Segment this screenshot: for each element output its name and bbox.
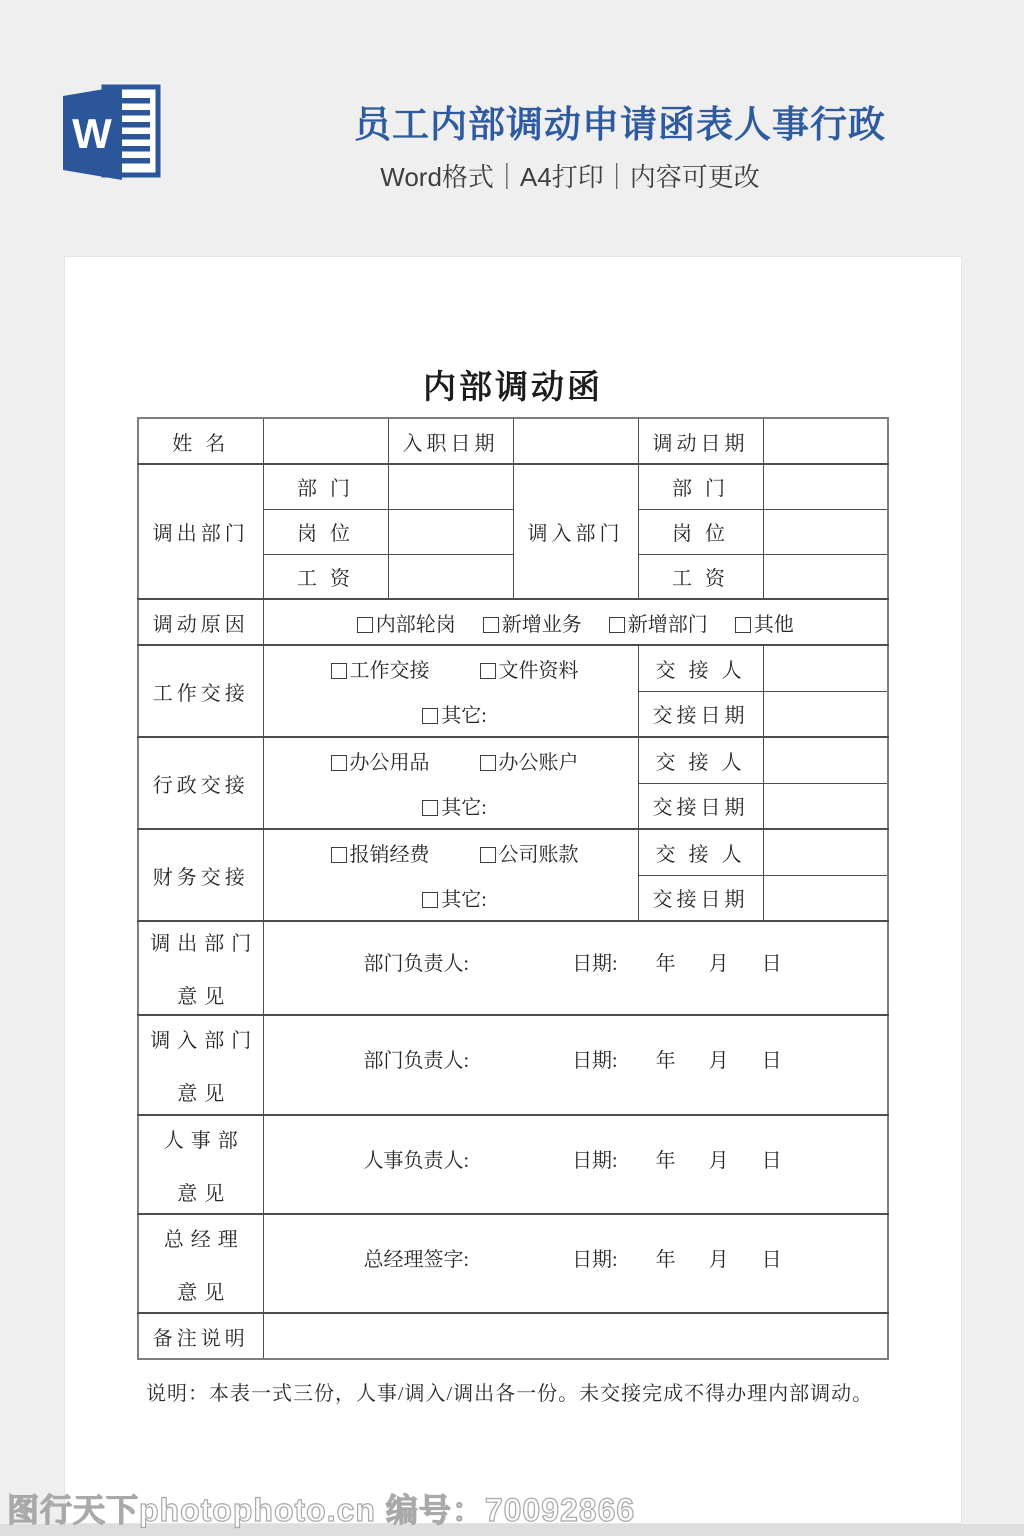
out-dept-input-cell[interactable] (388, 464, 513, 509)
handover-option[interactable]: 公司账款 (480, 844, 579, 866)
in-dept-label: 调入部门 (513, 464, 638, 599)
signer-label: 部门负责人: (364, 1044, 470, 1073)
name-label: 姓 名 (138, 418, 263, 464)
work-handover-options-cell: 工作交接文件资料 其它: (263, 645, 638, 737)
handover-person-input-cell[interactable] (763, 645, 888, 691)
checkbox-icon[interactable] (422, 800, 438, 816)
reason-options-cell: 内部轮岗 新增业务 新增部门 其他 (263, 599, 888, 645)
checkbox-icon[interactable] (357, 617, 373, 633)
form-title: 内部调动函 (65, 361, 961, 408)
join-date-input-cell[interactable] (513, 418, 638, 464)
handover-other-option[interactable]: 其它: (422, 889, 487, 911)
in-dept-field-label: 部 门 (638, 464, 763, 509)
checkbox-icon[interactable] (331, 663, 347, 679)
gm-opinion-label: 总经理意见 (138, 1214, 263, 1313)
finance-handover-options-cell: 报销经费公司账款 其它: (263, 829, 638, 921)
word-logo-graphic: W (56, 82, 168, 184)
handover-option[interactable]: 报销经费 (331, 844, 430, 866)
checkbox-icon[interactable] (480, 663, 496, 679)
reason-option-label: 新增业务 (502, 614, 582, 636)
opinion-label-line1: 调入部门 (143, 1024, 258, 1053)
out-post-field-label: 岗 位 (263, 509, 388, 554)
handover-date-input-cell[interactable] (763, 875, 888, 921)
handover-person-label: 交 接 人 (638, 829, 763, 875)
checkbox-icon[interactable] (480, 847, 496, 863)
word-icon: W (56, 82, 168, 184)
reason-label: 调动原因 (138, 599, 263, 645)
page-background: W 员工内部调动申请函表人事行政 Word格式｜A4打印｜内容可更改 内部调动函… (0, 0, 1024, 1536)
out-salary-field-label: 工 资 (263, 554, 388, 599)
handover-option[interactable]: 文件资料 (480, 660, 579, 682)
date-label: 日期: (572, 1243, 618, 1272)
admin-handover-label: 行政交接 (138, 737, 263, 829)
reason-option[interactable]: 新增部门 (609, 614, 708, 636)
opinion-label-line2: 意见 (170, 980, 231, 1009)
handover-person-label: 交 接 人 (638, 645, 763, 691)
handover-other-label: 其它: (441, 797, 487, 819)
transfer-date-label: 调动日期 (638, 418, 763, 464)
out-salary-input-cell[interactable] (388, 554, 513, 599)
handover-option-label: 报销经费 (350, 844, 430, 866)
checkbox-icon[interactable] (422, 708, 438, 724)
page-title: 员工内部调动申请函表人事行政 (250, 94, 990, 148)
handover-other-label: 其它: (441, 889, 487, 911)
ymd-label: 年 月 日 (656, 1144, 782, 1173)
work-handover-label: 工作交接 (138, 645, 263, 737)
signer-label: 部门负责人: (364, 947, 470, 976)
handover-date-input-cell[interactable] (763, 691, 888, 737)
in-post-field-label: 岗 位 (638, 509, 763, 554)
handover-option-label: 办公账户 (499, 752, 579, 774)
checkbox-icon[interactable] (609, 617, 625, 633)
remark-label: 备注说明 (138, 1313, 263, 1359)
handover-other-option[interactable]: 其它: (422, 705, 487, 727)
checkbox-icon[interactable] (483, 617, 499, 633)
date-label: 日期: (572, 1044, 618, 1073)
handover-date-label: 交接日期 (638, 691, 763, 737)
ymd-label: 年 月 日 (656, 1243, 782, 1272)
handover-person-input-cell[interactable] (763, 737, 888, 783)
opinion-label-line1: 人事部 (157, 1124, 245, 1153)
transfer-form-table: 姓 名 入职日期 调动日期 调出部门 部 门 调入部门 部 门 岗 位 岗 位 (137, 417, 889, 1360)
opinion-label-line2: 意见 (170, 1276, 231, 1305)
checkbox-icon[interactable] (331, 847, 347, 863)
ymd-label: 年 月 日 (656, 947, 782, 976)
handover-option-label: 文件资料 (499, 660, 579, 682)
document-preview-card: 内部调动函 姓 名 入职日期 调动日期 调出部门 部 门 调入部门 部 门 (64, 256, 962, 1524)
admin-handover-options-cell: 办公用品办公账户 其它: (263, 737, 638, 829)
checkbox-icon[interactable] (331, 755, 347, 771)
join-date-label: 入职日期 (388, 418, 513, 464)
svg-text:W: W (72, 110, 112, 157)
signer-label: 总经理签字: (364, 1243, 470, 1272)
in-dept-opinion-cell[interactable]: 部门负责人:日期:年 月 日 (263, 1015, 888, 1115)
in-dept-input-cell[interactable] (763, 464, 888, 509)
out-post-input-cell[interactable] (388, 509, 513, 554)
handover-option-label: 工作交接 (350, 660, 430, 682)
out-dept-opinion-cell[interactable]: 部门负责人:日期:年 月 日 (263, 921, 888, 1015)
opinion-label-line1: 总经理 (157, 1223, 245, 1252)
in-dept-opinion-label: 调入部门意见 (138, 1015, 263, 1115)
signer-label: 人事负责人: (364, 1144, 470, 1173)
date-label: 日期: (572, 947, 618, 976)
hr-opinion-label: 人事部意见 (138, 1115, 263, 1214)
out-dept-field-label: 部 门 (263, 464, 388, 509)
checkbox-icon[interactable] (735, 617, 751, 633)
handover-date-input-cell[interactable] (763, 783, 888, 829)
transfer-date-input-cell[interactable] (763, 418, 888, 464)
reason-option-label: 新增部门 (628, 614, 708, 636)
out-dept-label: 调出部门 (138, 464, 263, 599)
remark-input-cell[interactable] (263, 1313, 888, 1359)
gm-opinion-cell[interactable]: 总经理签字:日期:年 月 日 (263, 1214, 888, 1313)
site-watermark: 图行天下photophoto.cn 编号：70092866 (7, 1485, 635, 1531)
handover-option-label: 办公用品 (350, 752, 430, 774)
reason-option-label: 其他 (754, 614, 794, 636)
in-salary-input-cell[interactable] (763, 554, 888, 599)
ymd-label: 年 月 日 (656, 1044, 782, 1073)
handover-option[interactable]: 工作交接 (331, 660, 430, 682)
date-label: 日期: (572, 1144, 618, 1173)
form-footnote: 说明：本表一式三份，人事/调入/调出各一份。未交接完成不得办理内部调动。 (146, 1377, 906, 1406)
handover-other-option[interactable]: 其它: (422, 797, 487, 819)
in-salary-field-label: 工 资 (638, 554, 763, 599)
opinion-label-line1: 调出部门 (143, 927, 258, 956)
handover-person-label: 交 接 人 (638, 737, 763, 783)
opinion-label-line2: 意见 (170, 1077, 231, 1106)
handover-option[interactable]: 办公账户 (480, 752, 579, 774)
name-input-cell[interactable] (263, 418, 388, 464)
handover-option-label: 公司账款 (499, 844, 579, 866)
reason-option[interactable]: 内部轮岗 (357, 614, 456, 636)
hr-opinion-cell[interactable]: 人事负责人:日期:年 月 日 (263, 1115, 888, 1214)
handover-date-label: 交接日期 (638, 783, 763, 829)
reason-option[interactable]: 其他 (735, 614, 794, 636)
handover-person-input-cell[interactable] (763, 829, 888, 875)
handover-option[interactable]: 办公用品 (331, 752, 430, 774)
checkbox-icon[interactable] (422, 892, 438, 908)
in-post-input-cell[interactable] (763, 509, 888, 554)
reason-option-label: 内部轮岗 (376, 614, 456, 636)
handover-date-label: 交接日期 (638, 875, 763, 921)
checkbox-icon[interactable] (480, 755, 496, 771)
finance-handover-label: 财务交接 (138, 829, 263, 921)
reason-option[interactable]: 新增业务 (483, 614, 582, 636)
out-dept-opinion-label: 调出部门意见 (138, 921, 263, 1015)
opinion-label-line2: 意见 (170, 1177, 231, 1206)
handover-other-label: 其它: (441, 705, 487, 727)
page-subtitle: Word格式｜A4打印｜内容可更改 (250, 157, 890, 194)
